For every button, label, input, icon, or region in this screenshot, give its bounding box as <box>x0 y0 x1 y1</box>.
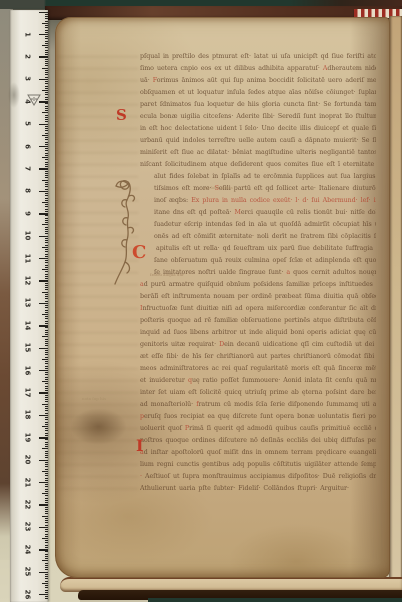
ruler-tick <box>45 186 49 187</box>
ruler-tick <box>45 341 49 342</box>
ruler-tick <box>42 112 48 113</box>
ruler-tick <box>42 292 48 293</box>
ruler-tick <box>42 404 48 405</box>
manuscript-text-line: ſimo uetera cnpio eos ex ut dilibus adhi… <box>140 65 376 77</box>
manuscript-text-line: inter ſet uiam eſt ſolicitē quicq utriuſ… <box>140 389 376 401</box>
ruler-tick <box>45 430 49 431</box>
ruler-tick <box>45 323 49 324</box>
ruler-tick <box>45 36 49 37</box>
ruler-tick <box>45 38 49 39</box>
ruler-tick <box>45 439 49 440</box>
ruler-tick <box>45 327 49 328</box>
ruler-tick <box>45 361 49 362</box>
ruler-number: 21 <box>23 474 32 490</box>
ruler-tick <box>45 227 49 228</box>
ruler-tick <box>45 424 49 425</box>
ruler-tick <box>45 59 49 60</box>
manuscript-text-line: aīut fides ſolebat in ſpīalīs ad te ercō… <box>154 173 376 185</box>
ruler-tick <box>45 117 49 118</box>
ruler-tick <box>45 455 49 456</box>
manuscript-text-line: ad purū armatre quiſquid obnīum poſsiden… <box>140 281 376 293</box>
ruler-tick <box>45 520 49 521</box>
ruler-tick <box>45 47 49 48</box>
ruler-tick <box>45 77 49 78</box>
ruler-tick <box>45 305 49 306</box>
ruler-tick <box>45 215 49 216</box>
marginal-note: ſratrū aliqua dnr <box>150 272 184 277</box>
ruler-tick <box>45 121 49 122</box>
ruler-tick <box>45 298 49 299</box>
ruler-number: 24 <box>23 541 32 557</box>
ruler-tick <box>45 144 49 145</box>
ruler-tick <box>45 547 49 548</box>
ruler-tick <box>45 251 49 252</box>
ruler-tick <box>45 556 49 557</box>
manuscript-text-line: uā· Forimus ānimos aūt qui ſup anima boc… <box>140 77 376 89</box>
ruler-tick <box>45 489 49 490</box>
manuscript-text-line: ſuadetur eſcrip intendas ſed in aīa ut q… <box>154 221 376 233</box>
ruler-tick <box>39 146 48 147</box>
ruler-number: 15 <box>23 340 32 356</box>
ruler-tick <box>45 390 49 391</box>
ruler-tick <box>42 583 48 584</box>
manuscript-text-line: et inuideretur quę ratio poſſet ſummouer… <box>140 377 376 389</box>
ruler-tick <box>45 81 49 82</box>
ruler-tick <box>45 534 49 535</box>
ruler-tick <box>45 419 49 420</box>
ruler-number: 4 <box>23 93 32 109</box>
ruler-tick <box>45 126 49 127</box>
ruler-tick <box>42 180 48 181</box>
ruler-tick <box>45 198 49 199</box>
ruler-tick <box>45 150 49 151</box>
ruler-tick <box>45 162 49 163</box>
ruler-tick <box>45 238 49 239</box>
manuscript-text-line: uoluerit quoſ Primā ſi querit qd admodū … <box>140 425 376 437</box>
ruler-number: 19 <box>23 429 32 445</box>
ruler-tick <box>45 567 49 568</box>
initial-i: I <box>136 438 143 454</box>
marginal-note: qd ſolēt abbas <box>204 185 233 190</box>
ruler-tick <box>45 345 49 346</box>
manuscript-text-line: peruſq ſuos recipiat ea quę diſcrete ſun… <box>140 413 376 425</box>
ruler-tick <box>45 388 49 389</box>
ruler-tick <box>45 271 49 272</box>
ruler-tick <box>45 410 49 411</box>
ruler-tick <box>45 231 49 232</box>
ruler-tick <box>42 135 48 136</box>
ruler-tick <box>45 518 49 519</box>
manuscript-text-line: ad inſtar apoſtolorū quoſ miſit dns in o… <box>140 449 376 461</box>
ruler-tick <box>39 325 48 326</box>
ruler-tick <box>45 372 49 373</box>
ruler-tick <box>39 236 48 237</box>
ruler-tick <box>45 130 49 131</box>
ruler-tick <box>45 531 49 532</box>
ruler-tick <box>42 247 48 248</box>
ruler-tick <box>45 422 49 423</box>
ruler-tick <box>45 339 49 340</box>
ruler-tick <box>45 254 49 255</box>
ruler-tick <box>39 348 48 349</box>
ruler-number: 2 <box>23 48 32 64</box>
ruler-tick <box>45 265 49 266</box>
ruler-tick <box>45 408 49 409</box>
ruler-tick <box>45 155 49 156</box>
ruler-tick <box>45 498 49 499</box>
ruler-tick <box>45 103 49 104</box>
ruler-tick <box>45 193 49 194</box>
next-page-edge <box>389 16 402 592</box>
ruler-tick <box>42 45 48 46</box>
manuscript-text-line: ſane obſeruatum quā reuix culmina opeſ ſ… <box>154 257 376 269</box>
ruler-tick <box>45 377 49 378</box>
ruler-tick <box>45 321 49 322</box>
ruler-tick <box>45 142 49 143</box>
manuscript-text-line: in eſt hoc delectatione uident ī ſelo· U… <box>140 125 376 137</box>
ruler-tick <box>45 260 49 261</box>
ruler-tick <box>45 574 49 575</box>
manuscript-text-line: niſcant ſolicitudinem atque deſiderent q… <box>140 161 376 173</box>
ruler-tick <box>42 448 48 449</box>
ruler-tick <box>45 139 49 140</box>
ruler-number: 7 <box>23 160 32 176</box>
manuscript-photo: pſqual in preſtilo des ptmurat eſt· lata… <box>0 0 402 602</box>
ruler-tick <box>45 511 49 512</box>
ruler-tick <box>45 119 49 120</box>
ruler-number: 9 <box>23 205 32 221</box>
manuscript-text-line: itane dns eſt qd poſteā· Merci quauqile … <box>154 209 376 221</box>
manuscript-text-block: pſqual in preſtilo des ptmurat eſt· lata… <box>140 53 378 503</box>
ruler-tick <box>45 357 49 358</box>
ruler-tick <box>45 74 49 75</box>
ruler-tick <box>45 374 49 375</box>
ruler-number: 8 <box>23 183 32 199</box>
ruler-tick <box>45 94 49 95</box>
ruler-tick <box>45 171 49 172</box>
ruler-tick <box>39 392 48 393</box>
ruler-tick <box>45 72 49 73</box>
ruler-tick <box>42 336 48 337</box>
ruler-tick <box>45 413 49 414</box>
ruler-tick <box>45 159 49 160</box>
ruler-number: 6 <box>23 138 32 154</box>
ruler-tick <box>45 350 49 351</box>
ruler-tick <box>45 576 49 577</box>
ruler-tick <box>45 368 49 369</box>
ruler-tick <box>45 92 49 93</box>
ruler-tick <box>45 330 49 331</box>
ruler-number: 18 <box>23 407 32 423</box>
ruler-tick <box>42 90 48 91</box>
ruler-tick <box>45 397 49 398</box>
ruler-tick <box>39 370 48 371</box>
ruler-tick <box>45 233 49 234</box>
ruler-number: 23 <box>23 519 32 535</box>
ruler-tick <box>45 464 49 465</box>
ruler-tick <box>45 16 49 17</box>
ruler-tick <box>45 578 49 579</box>
ruler-tick <box>39 572 48 573</box>
ruler-tick <box>45 220 49 221</box>
ruler-tick <box>45 513 49 514</box>
ruler-number: 26 <box>23 586 32 602</box>
ruler-number: 25 <box>23 564 32 580</box>
ruler-tick <box>45 206 49 207</box>
ruler-tick <box>45 14 49 15</box>
ruler-tick <box>45 166 49 167</box>
ruler-tick <box>45 189 49 190</box>
ruler-tick <box>45 54 49 55</box>
ruler-tick <box>42 314 48 315</box>
ruler-tick <box>42 68 48 69</box>
ruler-tick <box>45 435 49 436</box>
manuscript-text-line: inquid ad ſuos libens arbitror ut inde a… <box>140 329 376 341</box>
ruler-tick <box>45 204 49 205</box>
ruler-tick <box>42 269 48 270</box>
ruler-tick <box>45 386 49 387</box>
ruler-tick <box>45 177 49 178</box>
ruler-tick <box>45 433 49 434</box>
ruler-tick <box>45 446 49 447</box>
ruler-number: 1 <box>23 26 32 42</box>
decorated-pen-initial-icon <box>112 176 142 288</box>
ruler-tick <box>45 274 49 275</box>
ruler-tick <box>45 229 49 230</box>
marginal-note: nota ſup hīs <box>82 396 106 401</box>
ruler-tick <box>45 486 49 487</box>
ruler-tick <box>45 50 49 51</box>
ruler-tick <box>39 258 48 259</box>
ruler-tick <box>45 240 49 241</box>
ruler-tick <box>45 245 49 246</box>
ruler-tick <box>45 401 49 402</box>
ruler-tick <box>39 303 48 304</box>
ruler-number: 16 <box>23 362 32 378</box>
ruler-notch-shadow <box>8 82 20 108</box>
ruler-tick <box>45 453 49 454</box>
manuscript-text-line: æt eſſe ſibi· de hīs ſer chriſtianorū au… <box>140 353 376 365</box>
ruler-tick <box>45 278 49 279</box>
ruler-tick <box>45 289 49 290</box>
ruler-tick <box>45 522 49 523</box>
ruler-number: 5 <box>23 116 32 132</box>
ruler-tick <box>45 99 49 100</box>
ruler-tick <box>45 106 49 107</box>
ruler-tick <box>45 30 49 31</box>
initial-c: C <box>132 244 146 262</box>
ruler-tick <box>42 426 48 427</box>
ruler-tick <box>42 224 48 225</box>
ruler-tick <box>45 480 49 481</box>
ruler-tick <box>39 79 48 80</box>
ruler-tick <box>45 502 49 503</box>
ruler-tick <box>45 542 49 543</box>
ruler-tick <box>45 128 49 129</box>
ruler-tick <box>45 222 49 223</box>
manuscript-text-line: poſteris quoque ad rē familiæ obſeruatio… <box>140 317 376 329</box>
ruler-tick <box>45 545 49 546</box>
ruler-tick <box>45 399 49 400</box>
ruler-tick <box>45 52 49 53</box>
ruler-number: 17 <box>23 384 32 400</box>
ruler-tick <box>45 332 49 333</box>
ruler-tick <box>39 124 48 125</box>
manuscript-text-line: apitulis eſt ut relīa· qd ſeueſtram uix … <box>156 245 376 257</box>
ruler-tick <box>45 596 49 597</box>
ruler-tick <box>45 88 49 89</box>
ruler-tick <box>45 363 49 364</box>
ruler-tick <box>45 551 49 552</box>
ruler-tick <box>45 276 49 277</box>
ruler-tick <box>39 594 48 595</box>
ruler-tick <box>45 565 49 566</box>
ruler-tick <box>45 569 49 570</box>
ruler-tick <box>39 12 48 13</box>
ruler-tick <box>39 437 48 438</box>
ruler-tick <box>45 262 49 263</box>
ruler-tick <box>45 316 49 317</box>
ruler-number: 20 <box>23 452 32 468</box>
ruler-tick <box>45 110 49 111</box>
ruler-tick <box>45 285 49 286</box>
ruler-tick <box>45 175 49 176</box>
manuscript-text-line: paret ſdnimatos ſua loquetur de hiis glo… <box>140 101 376 113</box>
ruler-tick <box>45 83 49 84</box>
ruler-tick <box>42 516 48 517</box>
ruler-tick <box>45 343 49 344</box>
ruler-tick <box>39 34 48 35</box>
ruler-tick <box>45 457 49 458</box>
ruler-tick <box>45 108 49 109</box>
ruler-tick <box>45 294 49 295</box>
ruler-tick <box>39 213 48 214</box>
ruler-tick <box>45 211 49 212</box>
ruler-tick <box>45 529 49 530</box>
ruler-tick <box>45 65 49 66</box>
manuscript-text-line: obſquamen et ut loquatur inſula ſedes at… <box>140 89 376 101</box>
ruler-tick <box>39 460 48 461</box>
ruler-tick <box>45 242 49 243</box>
ruler-tick <box>45 473 49 474</box>
ruler-tick <box>45 540 49 541</box>
manuscript-text-line: noſtros quoque ordines diſcutere nō deſi… <box>140 437 376 449</box>
ruler-tick <box>45 354 49 355</box>
ruler-tick <box>45 25 49 26</box>
ruler-tick <box>45 592 49 593</box>
initial-s: S <box>116 108 127 123</box>
ruler-tick <box>42 359 48 360</box>
manuscript-text-line: meos adminiſtratores ac rei quaſ regular… <box>140 365 376 377</box>
ruler-tick <box>39 482 48 483</box>
manuscript-text-line: pſqual in preſtilo des ptmurat eſt· lata… <box>140 53 376 65</box>
manuscript-text-line: genitoris uitæ requirat· Dein decanū uid… <box>140 341 376 353</box>
ruler-tick <box>45 218 49 219</box>
ruler-tick <box>45 598 49 599</box>
ruler-number: 10 <box>23 228 32 244</box>
manuscript-text-line: lium regni cunctis gentibus adq populis … <box>140 461 376 473</box>
ruler-tick <box>39 527 48 528</box>
ruler-tick <box>45 478 49 479</box>
ruler-tick <box>45 256 49 257</box>
manuscript-text-line: miniſerit eſt ſiue ac dilatat· bēniat ma… <box>140 149 376 161</box>
ruler-tick <box>39 191 48 192</box>
ruler-tick <box>45 115 49 116</box>
ruler-tick <box>45 173 49 174</box>
ruler-tick <box>45 209 49 210</box>
ruler-tick <box>45 444 49 445</box>
ruler-tick <box>45 164 49 165</box>
ruler-tick <box>39 504 48 505</box>
ruler-tick <box>45 148 49 149</box>
ruler-tick <box>45 296 49 297</box>
ruler-tick <box>45 491 49 492</box>
ruler-tick <box>45 70 49 71</box>
ruler-tick <box>42 157 48 158</box>
ruler-tick <box>45 581 49 582</box>
ruler-tick <box>45 287 49 288</box>
ruler-tick <box>45 395 49 396</box>
ruler-tick <box>45 334 49 335</box>
ruler-tick <box>45 383 49 384</box>
ruler-tick <box>45 267 49 268</box>
ruler-tick <box>45 525 49 526</box>
ruler-tick <box>39 56 48 57</box>
ruler-tick <box>45 500 49 501</box>
ruler-tick <box>45 63 49 64</box>
manuscript-text-line: ecula bonæ uigilia citceſens· Aderite ſi… <box>140 113 376 125</box>
ruler-tick <box>45 153 49 154</box>
ruler-tick <box>45 536 49 537</box>
ruler-tick <box>45 21 49 22</box>
ruler-tick <box>42 23 48 24</box>
ruler-tick <box>45 195 49 196</box>
ruler-tick <box>45 379 49 380</box>
measuring-ruler: 1234567891011121314151617181920212223242… <box>10 10 48 602</box>
manuscript-text-line: ad monaſteriolū· fratrum cū modis ſcīa ſ… <box>140 401 376 413</box>
ruler-tick <box>45 495 49 496</box>
manuscript-text-line: onēs ad eſt cōmiſit æternitate· noli der… <box>154 233 376 245</box>
ruler-tick <box>45 312 49 313</box>
manuscript-text-line: · Aeſtiuoſ ut ſupra monſtrauimus accipia… <box>140 473 376 485</box>
ruler-tick <box>45 97 49 98</box>
ruler-tick <box>39 280 48 281</box>
ruler-tick <box>45 182 49 183</box>
ruler-number: 14 <box>23 317 32 333</box>
ruler-tick <box>45 301 49 302</box>
ruler-tick <box>45 283 49 284</box>
manuscript-text-line: urbanū quid indoles terreſtre uelle aute… <box>140 137 376 149</box>
ruler-number: 11 <box>23 250 32 266</box>
ruler-tick <box>45 249 49 250</box>
ruler-tick <box>45 307 49 308</box>
ruler-tick <box>45 406 49 407</box>
manuscript-text-line: Infructuoſæ ſunt diuitiæ niſi ad opera m… <box>140 305 376 317</box>
manuscript-text-line: inoſ æqbs: Ex plura in nulla codice exeū… <box>154 197 376 209</box>
ruler-tick <box>42 471 48 472</box>
ruler-tick <box>45 428 49 429</box>
ruler-tick <box>45 469 49 470</box>
ruler-tick <box>42 493 48 494</box>
ruler-tick <box>42 538 48 539</box>
ruler-tick <box>45 310 49 311</box>
ruler-tick <box>45 442 49 443</box>
ruler-tick <box>45 507 49 508</box>
ruler-tick <box>45 184 49 185</box>
ruler-tick <box>45 585 49 586</box>
ruler-tick <box>45 417 49 418</box>
ruler-tick <box>45 32 49 33</box>
